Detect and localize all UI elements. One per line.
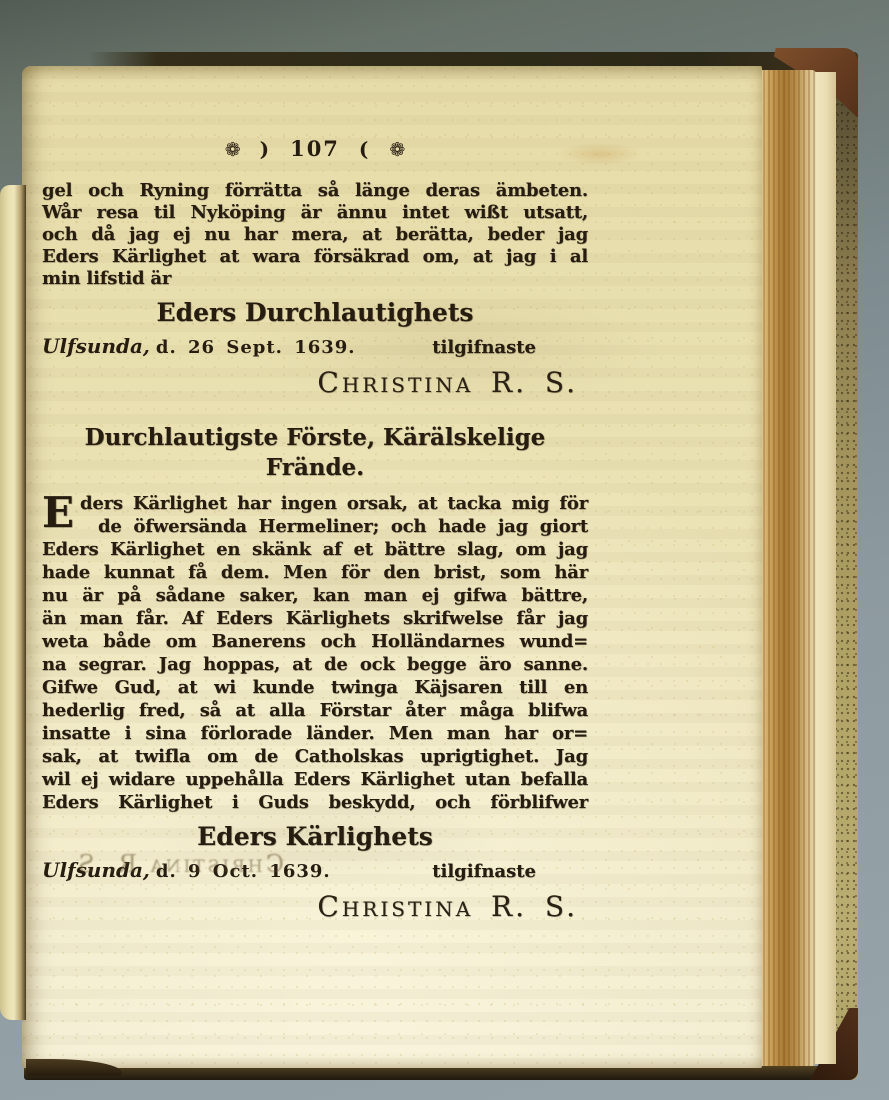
body-text-line: insatte i sina förlorade länder. Men man… [42, 722, 588, 745]
letter1-signature: Christina R. S. [42, 366, 588, 399]
text-column: ❁ ) 107 ( ❁ gel och Ryning förrätta så l… [42, 136, 588, 923]
page-header: ❁ ) 107 ( ❁ [42, 136, 588, 161]
header-close-bracket: ( [359, 137, 370, 161]
body-text-line: Gifwe Gud, at wi kunde twinga Käjsaren t… [42, 676, 588, 699]
body-text-line: hade kunnat få dem. Men för den brist, s… [42, 561, 588, 584]
valediction-text: tilgifnaste [432, 337, 536, 358]
letter2-salutation: Durchlautigste Förste, Kärälskelige Frän… [42, 423, 588, 483]
body-text-line: Eders Kärlighet i Guds beskydd, och förb… [42, 791, 588, 814]
facing-page-sliver [0, 185, 26, 1020]
letter2-signature: Christina R. S. [42, 890, 588, 923]
valediction-text: tilgifnaste [432, 861, 536, 882]
body-text-line: gel och Ryning förrätta så länge deras ä… [42, 180, 588, 202]
body-text-line: min lifstid är [42, 268, 588, 290]
drop-cap-initial: E [42, 494, 74, 531]
body-text-line: Eders Kärlighet at wara försäkrad om, at… [42, 246, 588, 268]
body-text-line: weta både om Banerens och Holländarnes w… [42, 630, 588, 653]
body-text-line: ders Kärlighet har ingen orsak, at tacka… [42, 492, 588, 515]
page-stack-edge [814, 72, 836, 1064]
letter1-place-date: Ulfsunda, d. 26 Sept. 1639. [42, 334, 356, 358]
body-text-line: de öfwersända Hermeliner; och hade jag g… [42, 515, 588, 538]
bleed-through-signature: Christina R. S [34, 850, 284, 878]
page-number: 107 [290, 136, 340, 161]
body-text-line: na segrar. Jag hoppas, at de ock begge ä… [42, 653, 588, 676]
letter2-body: E ders Kärlighet har ingen orsak, at tac… [42, 492, 588, 814]
letter1-dateline-row: Ulfsunda, d. 26 Sept. 1639. tilgifnaste [42, 334, 588, 361]
rosette-ornament-icon: ❁ [225, 139, 241, 161]
body-text-line: nu är på sådane saker, kan man ej gifwa … [42, 584, 588, 607]
body-text-line: sak, at twifla om de Catholskas uprigtig… [42, 745, 588, 768]
photographed-book-page: ❁ ) 107 ( ❁ gel och Ryning förrätta så l… [0, 0, 889, 1100]
body-text-line: hederlig fred, så at alla Förstar åter m… [42, 699, 588, 722]
letter2-lines: ders Kärlighet har ingen orsak, at tacka… [42, 492, 588, 814]
book-fore-edge [758, 70, 816, 1066]
book-cover-right-edge [834, 54, 858, 1080]
header-open-bracket: ) [260, 137, 271, 161]
body-text-line: Eders Kärlighet en skänk af et bättre sl… [42, 538, 588, 561]
book-page: ❁ ) 107 ( ❁ gel och Ryning förrätta så l… [22, 66, 762, 1068]
date-text: d. 26 Sept. 1639. [156, 337, 356, 358]
body-text-line: än man får. Af Eders Kärlighets skrifwel… [42, 607, 588, 630]
body-text-line: wil ej widare uppehålla Eders Kärlighet … [42, 768, 588, 791]
letter1-body: gel och Ryning förrätta så länge deras ä… [42, 180, 588, 290]
letter2-closing-heading: Eders Kärlighets [42, 822, 588, 852]
body-text-line: och då jag ej nu har mera, at berätta, b… [42, 224, 588, 246]
rosette-ornament-icon: ❁ [389, 139, 405, 161]
book-cover-bottom-edge [24, 1066, 846, 1080]
place-name: Ulfsunda, [42, 334, 150, 358]
body-text-line: Wår resa til Nyköping är ännu intet wißt… [42, 202, 588, 224]
letter1-closing-heading: Eders Durchlautighets [42, 298, 588, 328]
